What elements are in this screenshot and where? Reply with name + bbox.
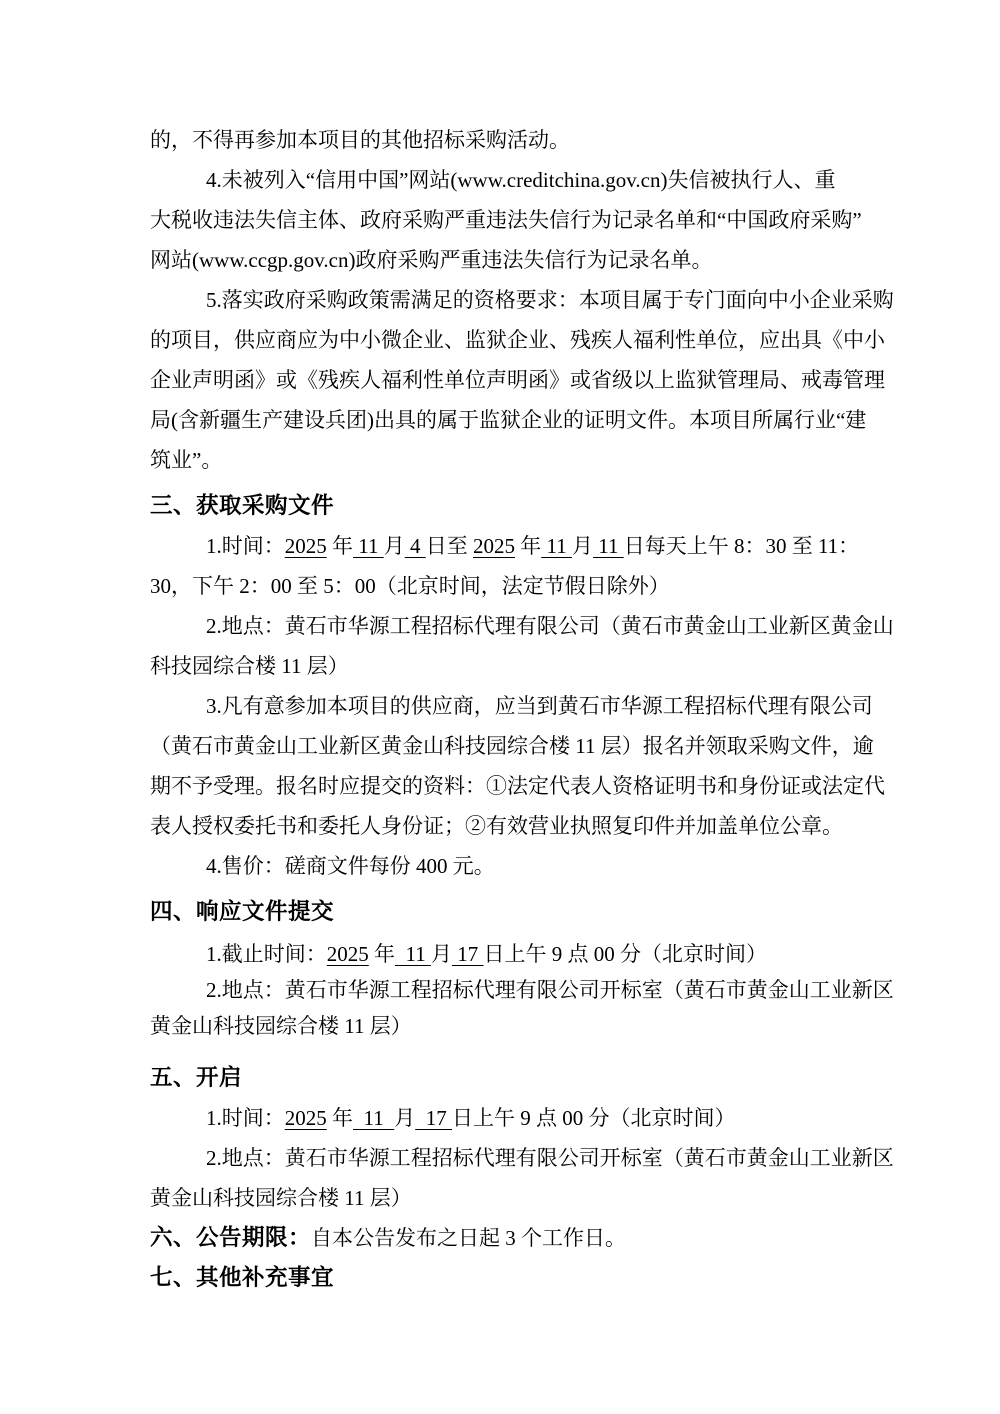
section-5-time-paragraph: 1.时间：2025 年 11 月 17 日上午 9 点 00 分（北京时间） [150,1098,850,1138]
section-6-text: 自本公告发布之日起 3 个工作日。 [311,1226,626,1250]
section-5-place-paragraph: 2.地点：黄石市华源工程招标代理有限公司开标室（黄石市黄金山工业新区 黄金山科技… [150,1138,850,1218]
section-3-time-line-2: 30，下午 2：00 至 5：00（北京时间，法定节假日除外） [150,566,850,606]
clause-5-paragraph: 5.落实政府采购政策需满足的资格要求：本项目属于专门面向中小企业采购 的项目，供… [150,280,850,480]
section-4-place-line: 2.地点：黄石市华源工程招标代理有限公司开标室（黄石市黄金山工业新区 [150,972,850,1008]
section-5-time-line: 1.时间：2025 年 11 月 17 日上午 9 点 00 分（北京时间） [150,1098,850,1138]
underlined-day: 4 [405,534,426,558]
underlined-day: 11 [593,534,624,558]
text-run: 年 [327,1106,353,1130]
text-run: 日至 [426,534,473,558]
clause-4-line: 大税收违法失信主体、政府采购严重违法失信行为记录名单和“中国政府采购” [150,200,850,240]
text-run: 日每天上午 8：30 至 11： [624,534,859,558]
section-4-place-paragraph: 2.地点：黄石市华源工程招标代理有限公司开标室（黄石市黄金山工业新区 黄金山科技… [150,972,850,1044]
section-3-signup-line: 期不予受理。报名时应提交的资料：①法定代表人资格证明书和身份证或法定代 [150,766,850,806]
text-run: 日上午 9 点 00 分（北京时间） [452,1106,736,1130]
section-7-heading: 七、其他补充事宜 [150,1258,850,1298]
section-5-place-line: 黄金山科技园综合楼 11 层） [150,1178,850,1218]
section-4-place-line: 黄金山科技园综合楼 11 层） [150,1008,850,1044]
underlined-month: 11 [395,942,431,966]
document-content: 的，不得再参加本项目的其他招标采购活动。 4.未被列入“信用中国”网站(www.… [150,120,850,1298]
section-6-heading: 六、公告期限： [150,1225,311,1250]
section-3-heading: 三、获取采购文件 [150,486,850,526]
section-3-signup-line: 3.凡有意参加本项目的供应商，应当到黄石市华源工程招标代理有限公司 [150,686,850,726]
section-3-place-line: 2.地点：黄石市华源工程招标代理有限公司（黄石市黄金山工业新区黄金山 [150,606,850,646]
underlined-year: 2025 [285,1106,327,1130]
clause-4-paragraph: 4.未被列入“信用中国”网站(www.creditchina.gov.cn)失信… [150,160,850,280]
section-3-signup-paragraph: 3.凡有意参加本项目的供应商，应当到黄石市华源工程招标代理有限公司 （黄石市黄金… [150,686,850,846]
clause-5-line: 企业声明函》或《残疾人福利性单位声明函》或省级以上监狱管理局、戒毒管理 [150,360,850,400]
clause-4-line: 4.未被列入“信用中国”网站(www.creditchina.gov.cn)失信… [150,160,850,200]
underlined-day: 17 [415,1106,452,1130]
section-3-time-paragraph: 1.时间：2025 年 11 月 4 日至 2025 年 11 月 11 日每天… [150,526,850,606]
clause-5-line: 5.落实政府采购政策需满足的资格要求：本项目属于专门面向中小企业采购 [150,280,850,320]
clause-5-line: 局(含新疆生产建设兵团)出具的属于监狱企业的证明文件。本项目所属行业“建 [150,400,850,440]
clause-5-line: 的项目，供应商应为中小微企业、监狱企业、残疾人福利性单位，应出具《中小 [150,320,850,360]
intro-continuation-line: 的，不得再参加本项目的其他招标采购活动。 [150,120,850,160]
text-run: 月 [394,1106,415,1130]
section-3-place-paragraph: 2.地点：黄石市华源工程招标代理有限公司（黄石市黄金山工业新区黄金山 科技园综合… [150,606,850,686]
underlined-year: 2025 [327,942,369,966]
text-run: 年 [327,534,353,558]
underlined-month: 11 [541,534,572,558]
section-3-signup-line: （黄石市黄金山工业新区黄金山科技园综合楼 11 层）报名并领取采购文件，逾 [150,726,850,766]
section-3-place-line: 科技园综合楼 11 层） [150,646,850,686]
underlined-month: 11 [353,534,384,558]
text-run: 1.截止时间： [206,942,327,966]
section-4-heading: 四、响应文件提交 [150,892,850,932]
text-run: 月 [572,534,593,558]
section-4-deadline-line: 1.截止时间：2025 年 11 月 17 日上午 9 点 00 分（北京时间） [150,936,850,972]
underlined-month: 11 [353,1106,394,1130]
section-4-deadline-paragraph: 1.截止时间：2025 年 11 月 17 日上午 9 点 00 分（北京时间） [150,936,850,972]
clause-5-line: 筑业”。 [150,440,850,480]
text-run: 年 [369,942,395,966]
section-3-price-line: 4.售价：磋商文件每份 400 元。 [150,846,850,886]
section-3-time-line-1: 1.时间：2025 年 11 月 4 日至 2025 年 11 月 11 日每天… [150,526,850,566]
underlined-year: 2025 [473,534,515,558]
text-run: 1.时间： [206,1106,285,1130]
section-6-line: 六、公告期限：自本公告发布之日起 3 个工作日。 [150,1218,850,1258]
section-5-place-line: 2.地点：黄石市华源工程招标代理有限公司开标室（黄石市黄金山工业新区 [150,1138,850,1178]
text-run: 年 [515,534,541,558]
text-run: 日上午 9 点 00 分（北京时间） [483,942,767,966]
text-run: 1.时间： [206,534,285,558]
section-3-signup-line: 表人授权委托书和委托人身份证；②有效营业执照复印件并加盖单位公章。 [150,806,850,846]
text-run: 月 [384,534,405,558]
document-page: 的，不得再参加本项目的其他招标采购活动。 4.未被列入“信用中国”网站(www.… [0,0,1000,1414]
clause-4-line: 网站(www.ccgp.gov.cn)政府采购严重违法失信行为记录名单。 [150,240,850,280]
underlined-year: 2025 [285,534,327,558]
text-run: 月 [431,942,452,966]
section-5-heading: 五、开启 [150,1058,850,1098]
underlined-day: 17 [452,942,484,966]
